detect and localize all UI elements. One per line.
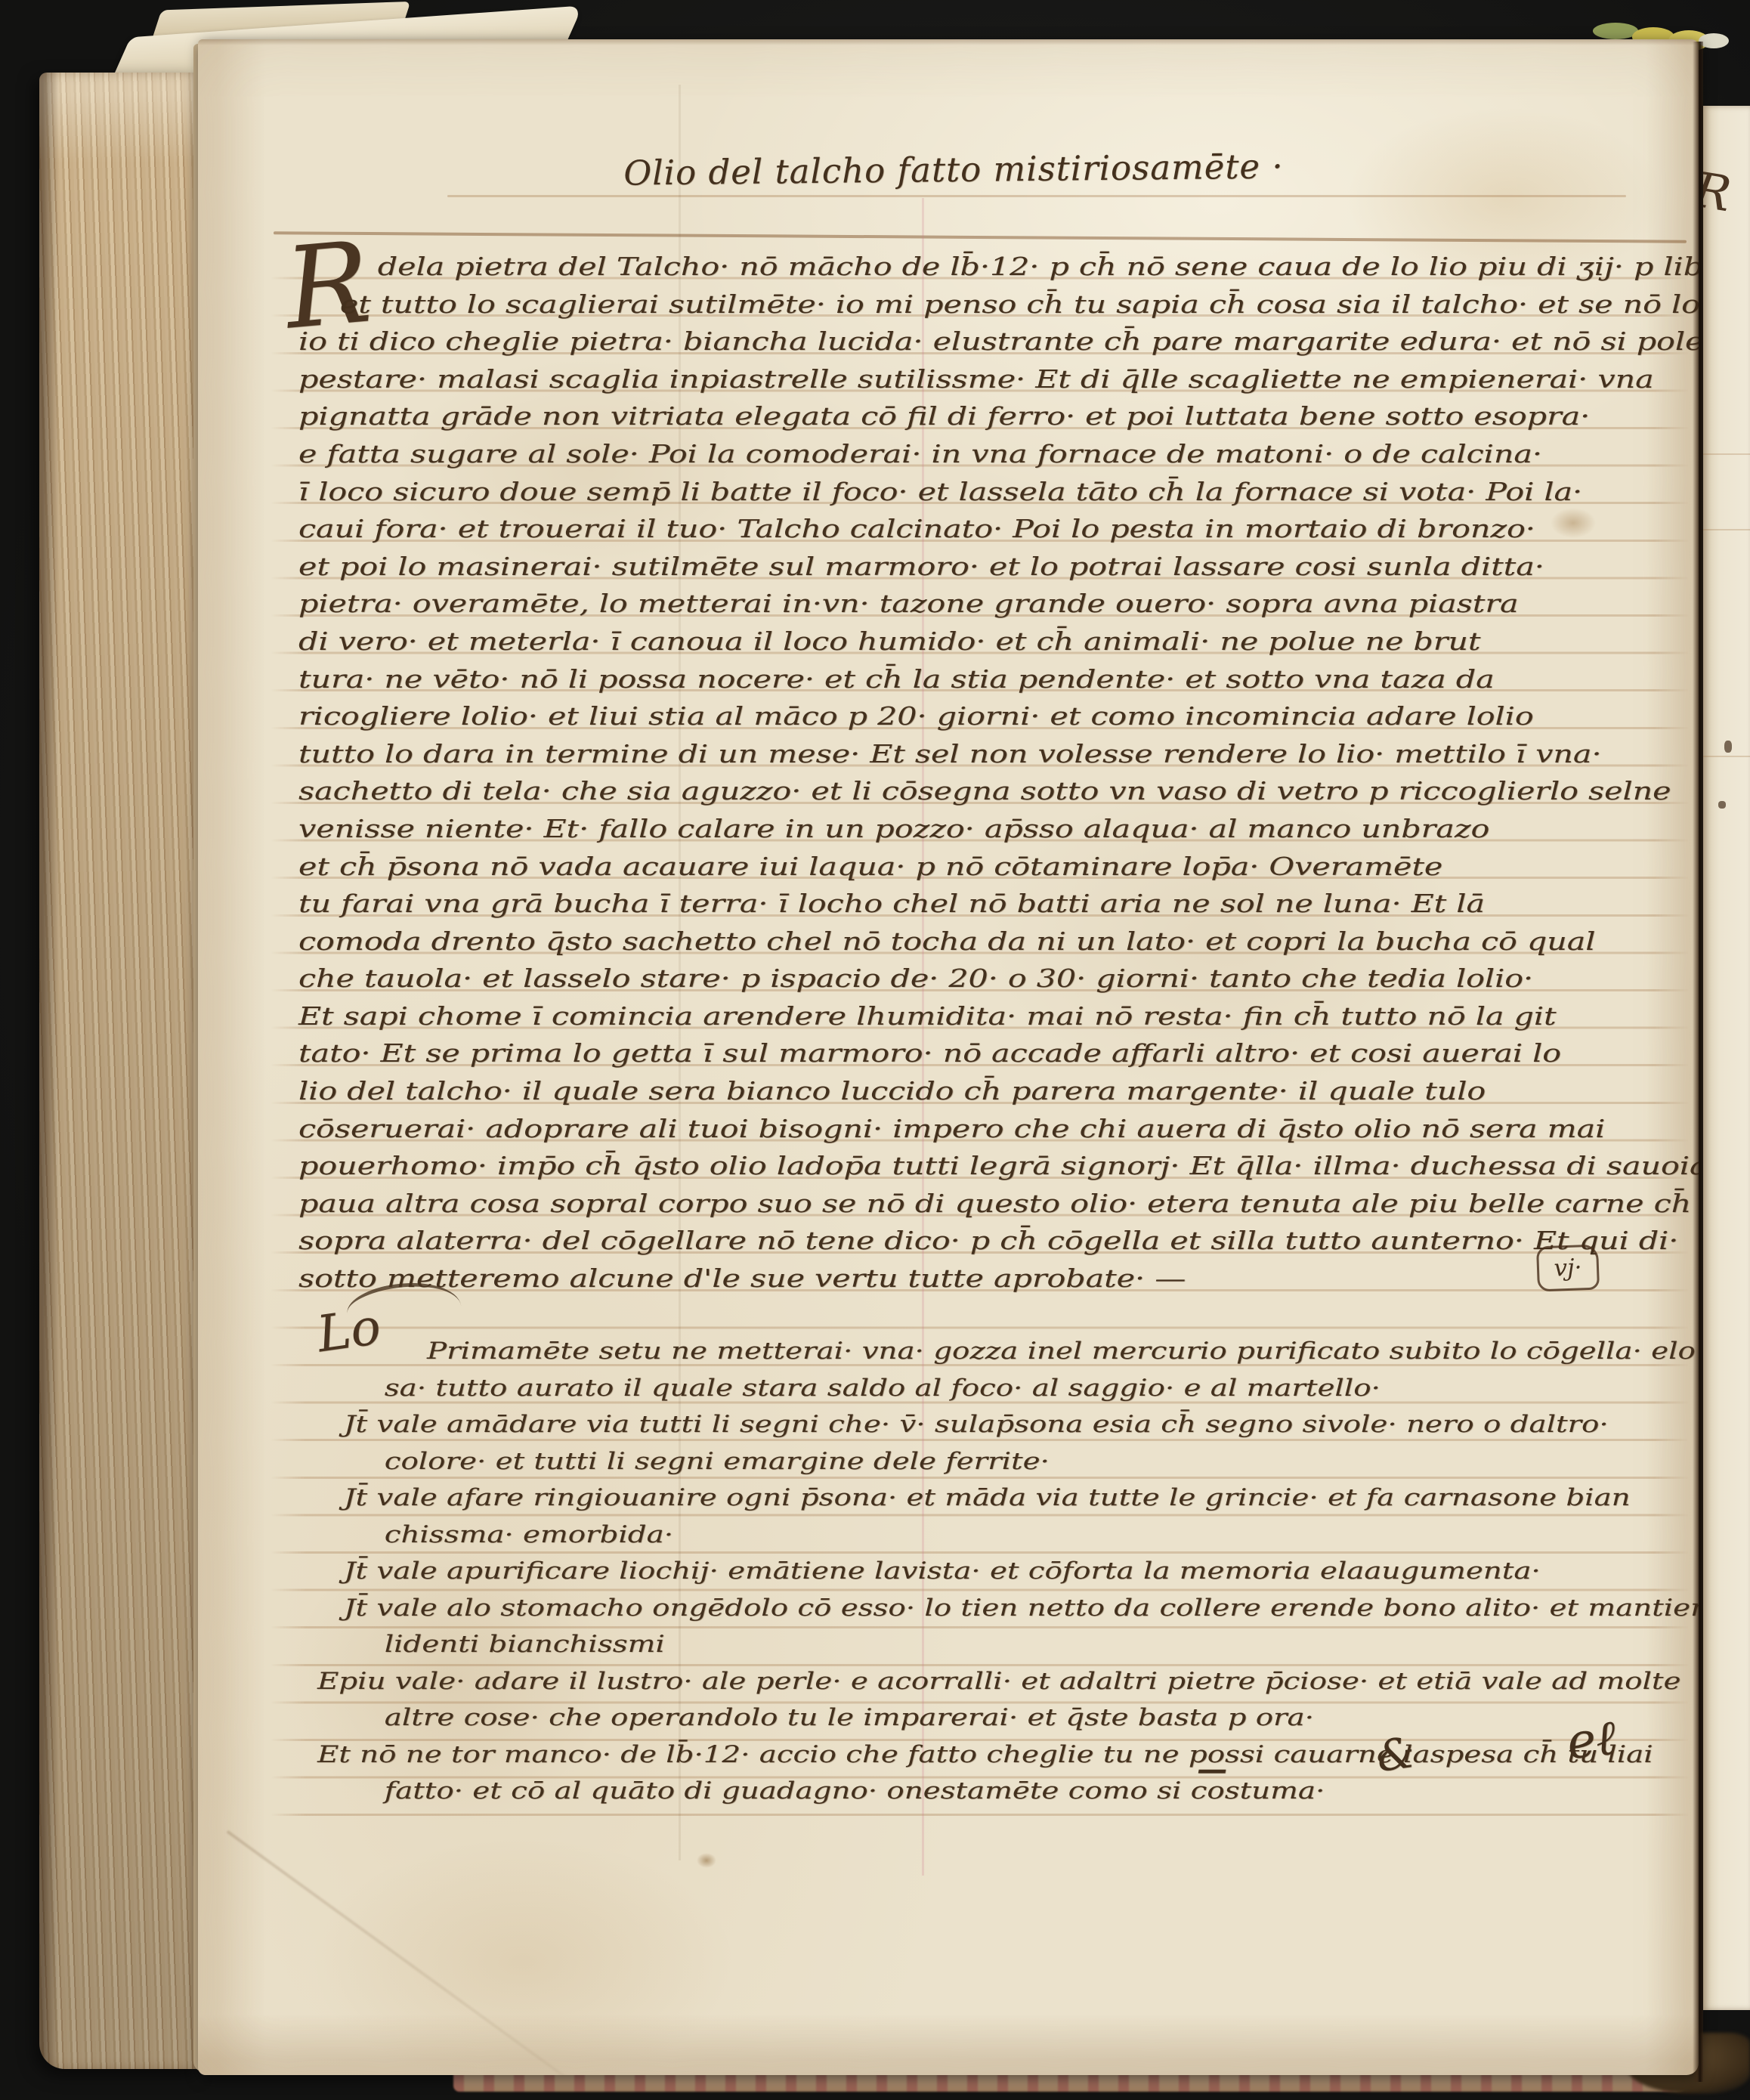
headband-thread [1593, 23, 1638, 39]
manuscript-line: di vero· et meterla· ī canoua il loco hu… [298, 623, 1699, 660]
ruled-line [447, 195, 1626, 197]
next-page-initial-r: R [1703, 162, 1735, 224]
manuscript-line: Jt̄ vale afare ringiouanire ogni p̄sona·… [298, 1480, 1699, 1517]
manuscript-line: pouerhomo· imp̄o ch̄ q̄sto olio ladop̄a … [298, 1147, 1699, 1185]
manuscript-line: pignatta grāde non vitriata elegata cō f… [298, 397, 1699, 435]
manuscript-line: tutto lo dara in termine di un mese· Et … [298, 735, 1699, 773]
manuscript-line: cōseruerai· adoprare ali tuoi bisogni· i… [298, 1110, 1699, 1148]
manuscript-line: caui fora· et trouerai il tuo· Talcho ca… [298, 510, 1699, 548]
manuscript-line: dela pietra del Talcho· nō mācho de lb̄·… [298, 248, 1699, 286]
page-top-edge [198, 39, 1699, 45]
manuscript-line: chissma· emorbida· [298, 1517, 1699, 1554]
manuscript-line: io ti dico cheglie pietra· biancha lucid… [298, 323, 1699, 360]
photograph-of-manuscript: Olio del talcho fatto mistiriosamēte · R… [0, 0, 1750, 2100]
manuscript-line: colore· et tutti li segni emargine dele … [298, 1443, 1699, 1480]
end-dash-flourish: — [1197, 1752, 1226, 1787]
manuscript-line: lio del talcho· il quale sera bianco luc… [298, 1072, 1699, 1110]
manuscript-line: paua altra cosa sopral corpo suo se nō d… [298, 1185, 1699, 1223]
manuscript-line: pietra· overamēte, lo metterai in·vn· ta… [298, 585, 1699, 623]
manuscript-line: Jt̄ vale apurificare liochij· emātiene l… [298, 1553, 1699, 1590]
manuscript-line: Et nō ne tor manco· de lb̄·12· accio che… [298, 1737, 1699, 1774]
ruled-line [1703, 453, 1750, 455]
manuscript-line: altre cose· che operandolo tu le imparer… [298, 1699, 1699, 1737]
manuscript-line: pestare· malasi scaglia inpiastrelle sut… [298, 360, 1699, 398]
manuscript-line: Jt̄ vale amādare via tutti li segni che·… [298, 1406, 1699, 1443]
quire-numeral-box: vj· [1536, 1245, 1600, 1292]
etc-flourish: eℓ [1564, 1710, 1619, 1771]
quire-numeral: vj· [1554, 1254, 1582, 1282]
et-ligature-flourish: & [1374, 1728, 1418, 1782]
manuscript-line: sachetto di tela· che sia aguzzo· et li … [298, 772, 1699, 810]
manuscript-line: tato· Et se prima lo getta ī sul marmoro… [298, 1035, 1699, 1072]
ink-speck [1718, 801, 1726, 809]
manuscript-line: Primamēte setu ne metterai· vna· gozza i… [298, 1333, 1699, 1370]
manuscript-line: Epiu vale· adare il lustro· ale perle· e… [298, 1663, 1699, 1700]
facing-page-sliver: R [1703, 106, 1750, 2010]
virtues-list-block: Primamēte setu ne metterai· vna· gozza i… [298, 1333, 1432, 1810]
manuscript-line: et poi lo masinerai· sutilmēte sul marmo… [298, 548, 1699, 586]
fox-spot [697, 1853, 716, 1868]
book-fore-edge [39, 73, 199, 2069]
manuscript-line: comoda drento q̄sto sachetto chel nō toc… [298, 923, 1699, 960]
manuscript-page: Olio del talcho fatto mistiriosamēte · R… [198, 39, 1699, 2075]
manuscript-line: sopra alaterra· del cōgellare nō tene di… [298, 1222, 1699, 1260]
manuscript-line: fatto· et cō al quāto di guadagno· onest… [298, 1773, 1699, 1810]
manuscript-line: sotto metteremo alcune d'le sue vertu tu… [298, 1260, 1699, 1297]
manuscript-line: tura· ne vēto· nō li possa nocere· et ch… [298, 660, 1699, 698]
manuscript-line: Jt̄ vale alo stomacho ongēdolo cō esso· … [298, 1590, 1699, 1627]
manuscript-line: sa· tutto aurato il quale stara saldo al… [298, 1370, 1699, 1407]
ruled-line [1703, 756, 1750, 757]
manuscript-line: venisse niente· Et· fallo calare in un p… [298, 810, 1699, 848]
stain [311, 1838, 734, 2075]
manuscript-line: lidenti bianchissmi [298, 1626, 1699, 1663]
manuscript-line: ī loco sicuro doue semp̄ li batte il foc… [298, 473, 1699, 511]
manuscript-line: et tutto lo scaglierai sutilmēte· io mi … [298, 286, 1699, 323]
manuscript-line: ricogliere lolio· et liui stia al māco p… [298, 697, 1699, 735]
book-gutter [1693, 42, 1703, 2082]
manuscript-line: et ch̄ p̄sona nō vada acauare iui laqua·… [298, 848, 1699, 886]
manuscript-line: tu farai vna grā bucha ī terra· ī locho … [298, 885, 1699, 923]
manuscript-line: Et sapi chome ī comincia arendere lhumid… [298, 997, 1699, 1035]
recipe-text-block: dela pietra del Talcho· nō mācho de lb̄·… [298, 248, 1432, 1297]
ink-speck [1724, 741, 1732, 753]
headband-thread [1699, 33, 1729, 48]
manuscript-line: che tauola· et lasselo stare· p ispacio … [298, 960, 1699, 997]
manuscript-line: e fatta sugare al sole· Poi la comoderai… [298, 435, 1699, 473]
ruled-line [1703, 529, 1750, 530]
